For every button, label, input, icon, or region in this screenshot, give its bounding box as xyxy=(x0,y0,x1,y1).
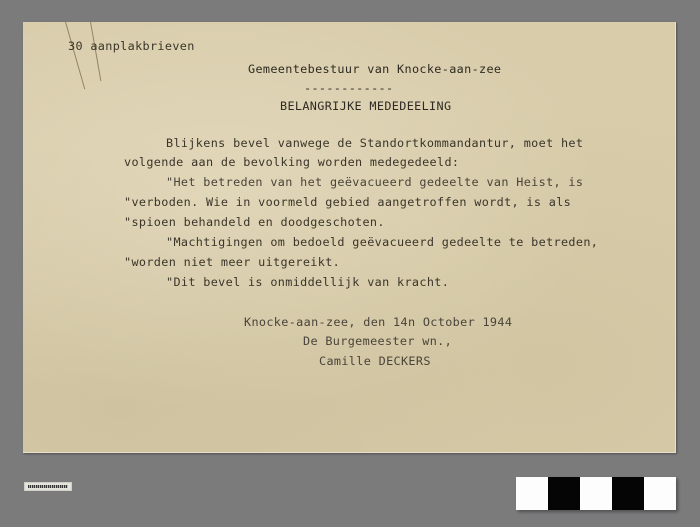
barcode-icon xyxy=(28,485,68,488)
signature-name: Camille DECKERS xyxy=(319,354,431,368)
document-title: BELANGRIJKE MEDEDEELING xyxy=(280,99,451,113)
document-sheet: 30 aanplakbrieven Gemeentebestuur van Kn… xyxy=(23,22,676,453)
paper-crease xyxy=(65,22,85,90)
body-line: Blijkens bevel vanwege de Standortkomman… xyxy=(166,136,583,150)
body-line: "Het betreden van het geëvacueerd gedeel… xyxy=(166,175,583,189)
document-header: Gemeentebestuur van Knocke-aan-zee xyxy=(248,62,501,76)
calibration-swatch-white xyxy=(580,477,612,510)
body-line: "spioen behandeld en doodgeschoten. xyxy=(124,215,385,229)
signature-place-date: Knocke-aan-zee, den 14n October 1944 xyxy=(244,315,512,329)
scan-calibration-bar xyxy=(516,477,676,510)
body-line: "Machtigingen om bedoeld geëvacueerd ged… xyxy=(166,235,598,249)
body-line: "Dit bevel is onmiddellijk van kracht. xyxy=(166,275,449,289)
body-line: "worden niet meer uitgereikt. xyxy=(124,255,340,269)
signature-role: De Burgemeester wn., xyxy=(303,334,452,348)
body-line: "verboden. Wie in voormeld gebied aanget… xyxy=(124,195,571,209)
header-separator: ------------ xyxy=(304,81,393,95)
barcode-label xyxy=(24,482,72,491)
calibration-swatch-black xyxy=(548,477,580,510)
calibration-swatch-white xyxy=(644,477,676,510)
body-line: volgende aan de bevolking worden medeged… xyxy=(124,155,459,169)
reference-note: 30 aanplakbrieven xyxy=(68,39,195,53)
calibration-swatch-black xyxy=(612,477,644,510)
calibration-swatch-white xyxy=(516,477,548,510)
